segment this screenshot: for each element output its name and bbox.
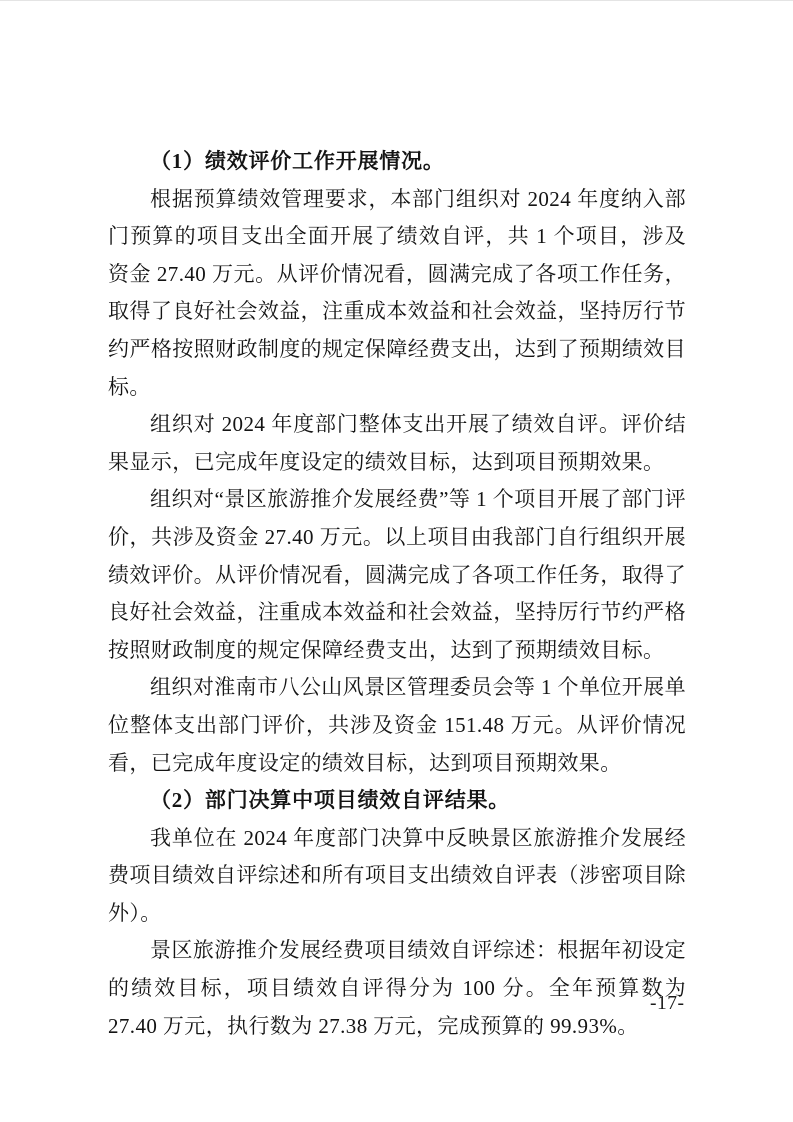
document-page: （1）绩效评价工作开展情况。 根据预算绩效管理要求，本部门组织对 2024 年度… bbox=[0, 0, 793, 1122]
scan-edge-line bbox=[0, 0, 793, 1]
section-heading-performance-evaluation: （1）绩效评价工作开展情况。 bbox=[108, 143, 686, 181]
body-paragraph: 根据预算绩效管理要求，本部门组织对 2024 年度纳入部门预算的项目支出全面开展… bbox=[108, 181, 686, 407]
body-paragraph: 景区旅游推介发展经费项目绩效自评综述：根据年初设定的绩效目标，项目绩效自评得分为… bbox=[108, 932, 686, 1045]
section-heading-self-evaluation-results: （2）部门决算中项目绩效自评结果。 bbox=[108, 782, 686, 820]
body-paragraph: 我单位在 2024 年度部门决算中反映景区旅游推介发展经费项目绩效自评综述和所有… bbox=[108, 820, 686, 933]
document-body: （1）绩效评价工作开展情况。 根据预算绩效管理要求，本部门组织对 2024 年度… bbox=[108, 143, 686, 1045]
body-paragraph: 组织对淮南市八公山风景区管理委员会等 1 个单位开展单位整体支出部门评价，共涉及… bbox=[108, 669, 686, 782]
page-number: -17- bbox=[650, 991, 685, 1017]
body-paragraph: 组织对“景区旅游推介发展经费”等 1 个项目开展了部门评价，共涉及资金 27.4… bbox=[108, 481, 686, 669]
body-paragraph: 组织对 2024 年度部门整体支出开展了绩效自评。评价结果显示，已完成年度设定的… bbox=[108, 406, 686, 481]
